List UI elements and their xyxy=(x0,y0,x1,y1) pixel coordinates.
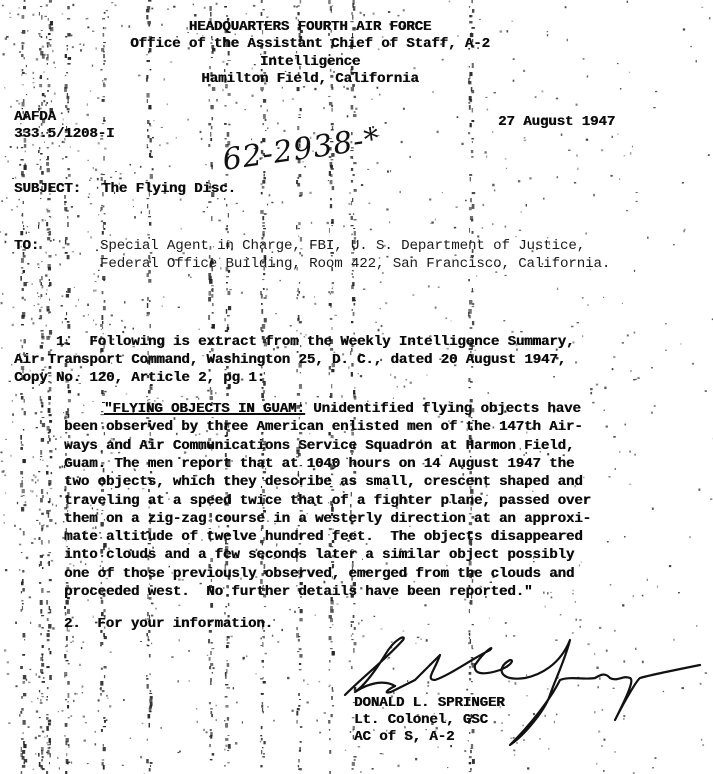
letterhead-line-4: Hamilton Field, California xyxy=(100,70,520,89)
subject-value: The Flying Disc. xyxy=(102,180,236,199)
quote-line: ways and Air Communications Service Squa… xyxy=(64,437,574,456)
paragraph-2: 2. For your information. xyxy=(22,615,273,634)
quote-line: into clouds and a few seconds later a si… xyxy=(64,546,574,565)
memo-page: HEADQUARTERS FOURTH AIR FORCE Office of … xyxy=(0,0,713,774)
paragraph-1-line: Copy No. 120, Article 2, pg 1: xyxy=(14,369,265,388)
quote-line: two objects, which they describe as smal… xyxy=(64,473,583,492)
quote-line: been observed by three American enlisted… xyxy=(64,418,583,437)
signer-title: AC of S, A-2 xyxy=(354,728,454,747)
to-label: TO: xyxy=(14,237,39,256)
quote-line: proceeded west. No further details have … xyxy=(64,583,532,602)
handwritten-file-number: 62-2938-* xyxy=(220,121,382,178)
quote-line: them on a zig-zag course in a westerly d… xyxy=(64,510,591,529)
quote-line: Guam. The men report that at 1040 hours … xyxy=(64,455,574,474)
to-address-line-2: Federal Office Building, Room 422, San F… xyxy=(100,255,610,274)
letterhead-line-2: Office of the Assistant Chief of Staff, … xyxy=(100,35,520,54)
memo-date: 27 August 1947 xyxy=(498,113,615,132)
quote-line: Unidentified flying objects have xyxy=(305,401,581,417)
quote-line: mate altitude of twelve hundred feet. Th… xyxy=(64,528,583,547)
quote-line: one of those previously observed, emerge… xyxy=(64,565,574,584)
paragraph-1-line: 1. Following is extract from the Weekly … xyxy=(14,333,574,352)
subject-label: SUBJECT: xyxy=(14,180,81,199)
paragraph-1-line: Air Transport Command, Washington 25, D.… xyxy=(14,351,566,370)
quote-first-line: "FLYING OBJECTS IN GUAM: Unidentified fl… xyxy=(104,400,581,419)
file-reference-number: 333.5/1208-I xyxy=(14,125,114,144)
quote-heading: "FLYING OBJECTS IN GUAM: xyxy=(104,401,305,417)
quote-line: traveling at a speed twice that of a fig… xyxy=(64,492,591,511)
to-address-line-1: Special Agent in Charge, FBI, U. S. Depa… xyxy=(100,237,585,256)
